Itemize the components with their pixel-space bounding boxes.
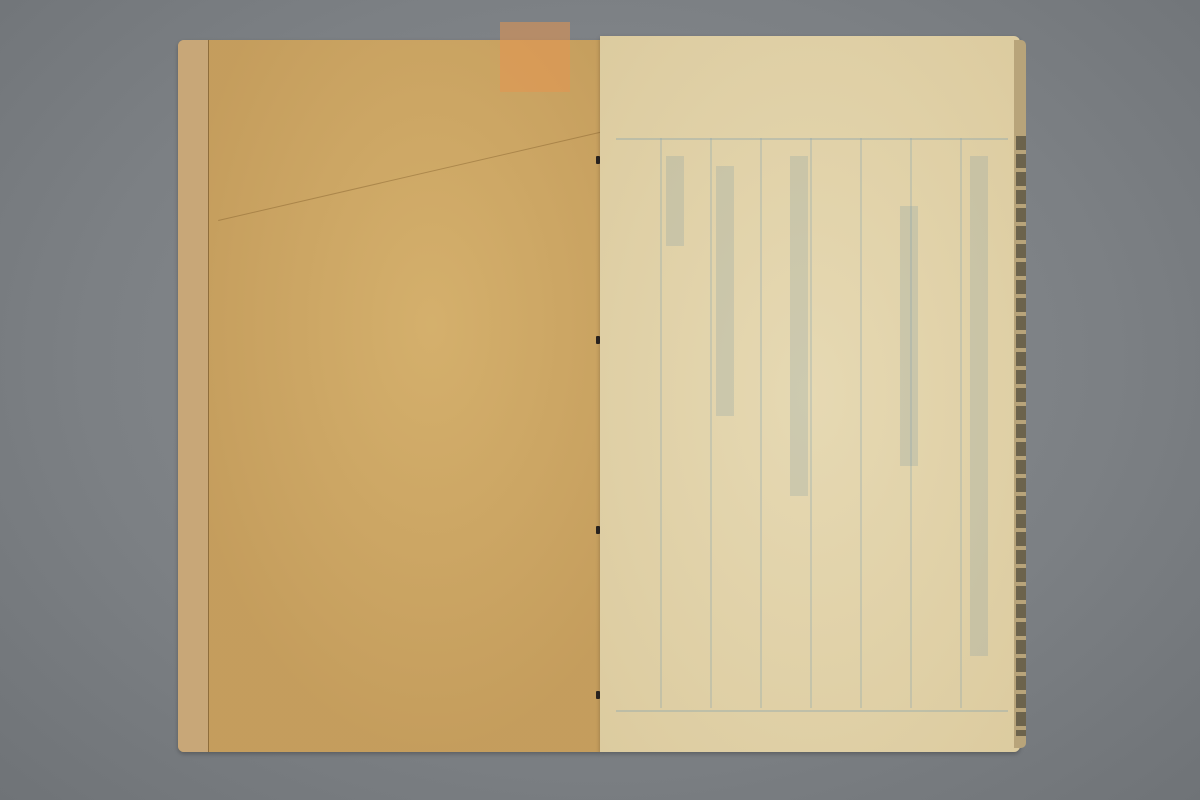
show-through-text <box>790 156 808 496</box>
show-through-text <box>666 156 684 246</box>
column-rule <box>710 138 712 708</box>
right-page <box>600 36 1020 752</box>
left-cover <box>178 40 600 752</box>
column-rule <box>810 138 812 708</box>
column-rule <box>960 138 962 708</box>
cover-crease <box>218 130 608 221</box>
cover-flap <box>178 40 209 752</box>
column-rule <box>660 138 662 708</box>
show-through-text <box>970 156 988 656</box>
column-rule <box>760 138 762 708</box>
spine-title-text <box>1016 136 1026 736</box>
column-rule <box>860 138 862 708</box>
tape-patch <box>500 22 570 92</box>
show-through-text <box>900 206 918 466</box>
show-through-text <box>716 166 734 416</box>
open-book <box>178 36 1028 752</box>
